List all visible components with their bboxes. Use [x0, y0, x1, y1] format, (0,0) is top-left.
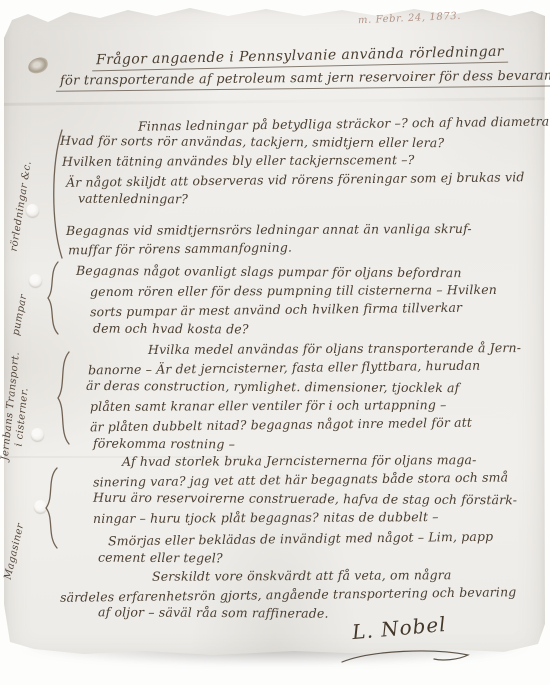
manuscript-line: Serskildt vore önskvärdt att få veta, om… — [152, 567, 452, 584]
manuscript-line: Huru äro reservoirerne construerade, haf… — [93, 490, 517, 508]
manuscript-line: dem och hvad kosta de? — [93, 321, 249, 337]
brace-mark — [56, 350, 72, 446]
manuscript-line: vattenledningar? — [78, 191, 188, 207]
manuscript-line: förekomma rostning – — [93, 436, 235, 452]
signature-flourish — [338, 646, 474, 668]
manuscript-line: Begagnas vid smidtjernsrörs ledningar an… — [66, 221, 472, 238]
manuscript-scan: m. Febr. 24, 1873. Frågor angaende i Pen… — [0, 0, 550, 685]
emboss-mark — [29, 274, 42, 287]
paper-hole — [27, 56, 50, 75]
manuscript-line: Hvilka medel användas för oljans transpo… — [148, 340, 521, 357]
brace-mark — [46, 260, 60, 336]
manuscript-line: ningar – huru tjock plåt begagnas? nitas… — [93, 509, 439, 526]
manuscript-line: muffar för rörens sammanfogning. — [68, 240, 292, 258]
manuscript-line: genom rören eller för dess pumpning till… — [90, 282, 497, 299]
manuscript-paper — [4, 4, 545, 661]
manuscript-line: Af hvad storlek bruka Jerncisternerna fö… — [122, 452, 477, 469]
manuscript-line: Hvilken tätning användes bly eller tackj… — [62, 152, 415, 169]
manuscript-line: plåten samt kranar eller ventiler för i … — [90, 397, 447, 414]
brace-mark — [44, 466, 60, 550]
emboss-mark — [31, 428, 44, 441]
manuscript-line: af oljor – säväl råa som raffinerade. — [98, 604, 329, 620]
paper-crease — [4, 97, 545, 106]
manuscript-line: är deras construction, rymlighet. dimens… — [86, 378, 460, 395]
manuscript-line: cement eller tegel? — [98, 550, 223, 566]
manuscript-line: Hvad för sorts rör användas, tackjern, s… — [60, 133, 444, 150]
emboss-mark — [26, 204, 39, 217]
manuscript-line: Begagnas något ovanligt slags pumpar för… — [76, 263, 462, 280]
